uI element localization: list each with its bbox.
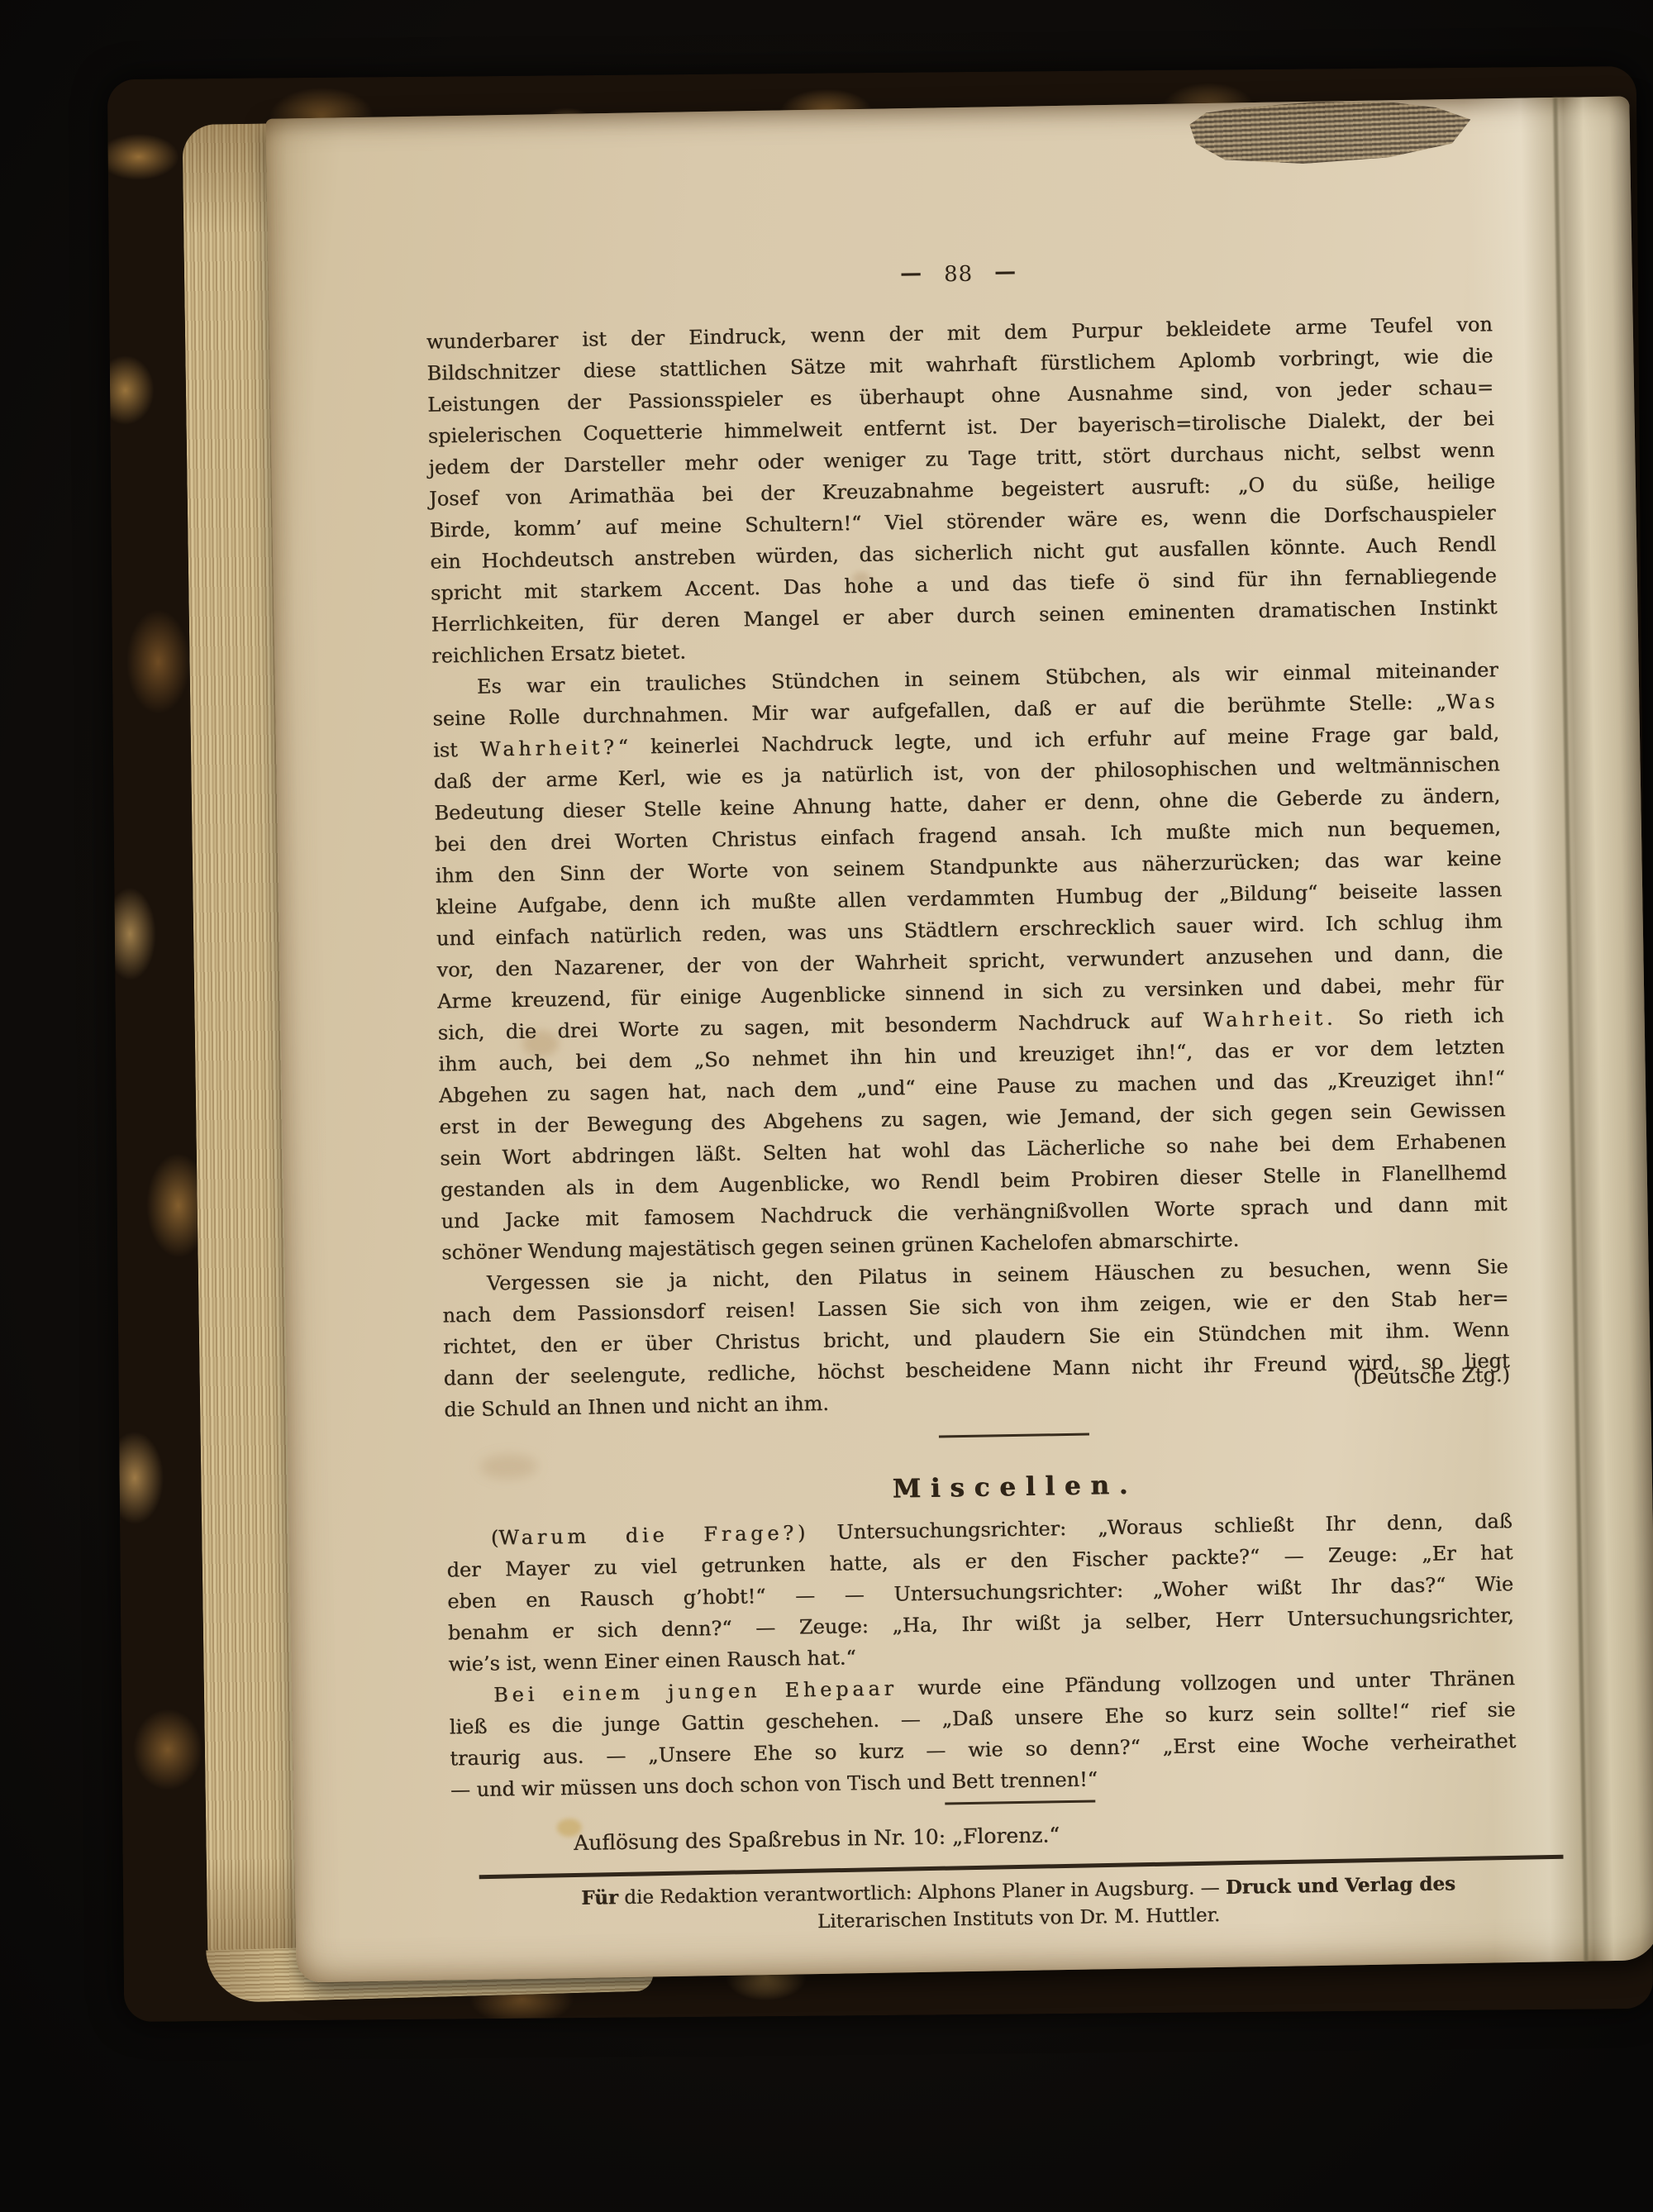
bold-text: Für (581, 1886, 618, 1909)
text-column: —88— wunderbarer ist der Eindruck, wenn … (425, 252, 1518, 1942)
header-dash-right: — (994, 259, 1017, 285)
text-segment: ist (433, 738, 480, 762)
letterspaced-text: Wahrheit? (480, 736, 618, 761)
page-number-header: —88— (425, 252, 1491, 296)
letterspaced-text: Warum die Frage? (498, 1521, 798, 1549)
text-segment: So rieth ich (1336, 1004, 1504, 1029)
section-divider (939, 1433, 1089, 1438)
page-number: 88 (944, 262, 974, 288)
section-divider (945, 1800, 1095, 1804)
miscellen-text: (Warum die Frage?) Untersuchungsrichter:… (446, 1505, 1517, 1805)
binding-cloth-fray (1189, 95, 1472, 169)
header-dash-left: — (900, 260, 923, 287)
rebus-solution-line: Auflösung des Spaßrebus in Nr. 10: „Flor… (574, 1814, 1517, 1857)
book-page: —88— wunderbarer ist der Eindruck, wenn … (265, 96, 1653, 1982)
letterspaced-text: Wahrheit. (1203, 1006, 1336, 1032)
letterspaced-text: Bei einem jungen Ehepaar (493, 1676, 898, 1706)
source-attribution: (Deutsche Ztg.) (1353, 1359, 1510, 1393)
letterspaced-text: Was (1446, 689, 1498, 713)
bold-text: Druck und Verlag des (1226, 1872, 1456, 1899)
article-text: wunderbarer ist der Eindruck, wenn der m… (426, 308, 1511, 1425)
